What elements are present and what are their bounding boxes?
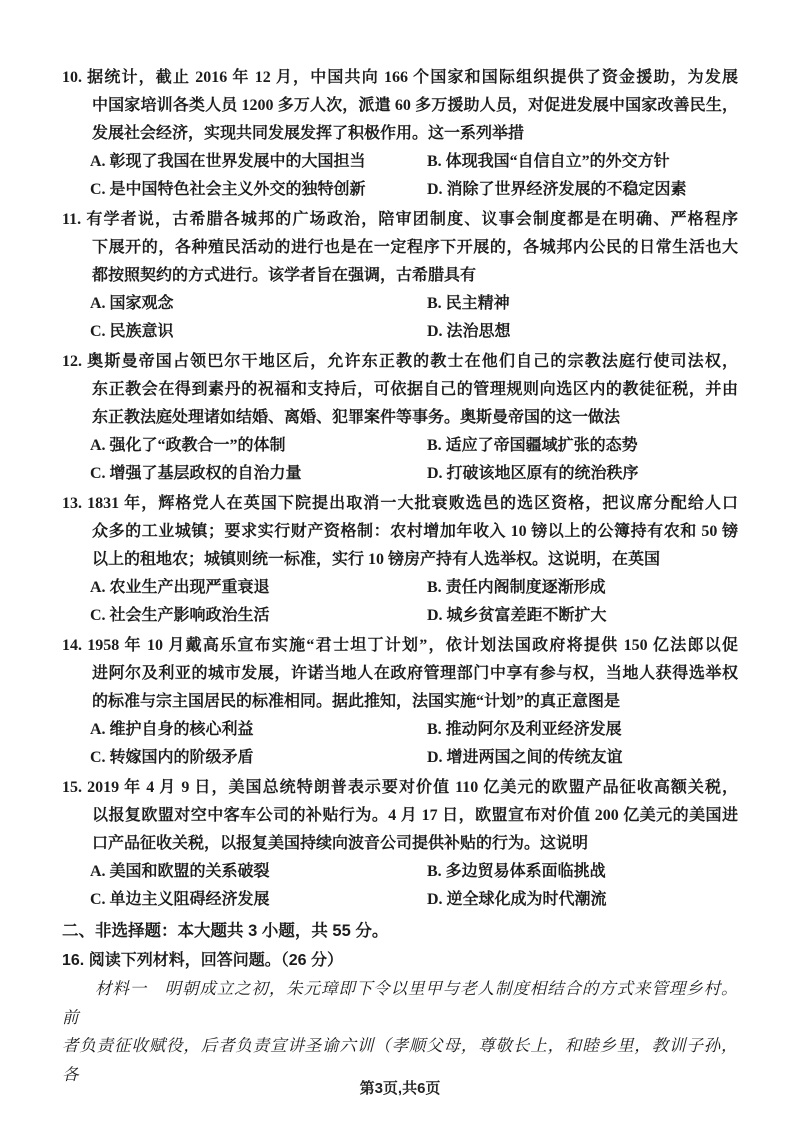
option-a: A. 农业生产出现严重衰退 [90, 574, 427, 602]
question-stem-line: 众多的工业城镇；要求实行财产资格制：农村增加年收入 10 镑以上的公簿持有农和 … [62, 518, 738, 546]
option-d: D. 城乡贫富差距不断扩大 [427, 602, 738, 630]
option-b: B. 适应了帝国疆域扩张的态势 [427, 432, 738, 460]
option-b: B. 责任内阁制度逐渐形成 [427, 574, 738, 602]
option-b: B. 体现我国“自信自立”的外交方针 [427, 148, 738, 176]
option-a: A. 彰现了我国在世界发展中的大国担当 [90, 148, 427, 176]
question-stem-line: 15. 2019 年 4 月 9 日，美国总统特朗普表示要对价值 110 亿美元… [62, 774, 738, 802]
question-stem-line: 13. 1831 年，辉格党人在英国下院提出取消一大批衰败选邑的选区资格，把议席… [62, 490, 738, 518]
question-stem-text: 1831 年，辉格党人在英国下院提出取消一大批衰败选邑的选区资格，把议席分配给人… [87, 495, 738, 512]
question-number: 16. [62, 952, 84, 969]
question-stem-line: 东正教法庭处理诸如结婚、离婚、犯罪案件等事务。奥斯曼帝国的这一做法 [62, 404, 738, 432]
question-stem-line: 12. 奥斯曼帝国占领巴尔干地区后，允许东正教的教士在他们自己的宗教法庭行使司法… [62, 348, 738, 376]
question-stem-text: 奥斯曼帝国占领巴尔干地区后，允许东正教的教士在他们自己的宗教法庭行使司法权， [87, 353, 738, 370]
option-c: C. 单边主义阻碍经济发展 [90, 886, 427, 914]
page-number-footer: 第3页,共6页 [0, 1077, 800, 1098]
option-d: D. 法治思想 [427, 318, 738, 346]
question-number: 11. [62, 211, 86, 228]
question-number: 12. [62, 353, 87, 370]
question-stem-line: 中国家培训各类人员 1200 多万人次，派遣 60 多万援助人员，对促进发展中国… [62, 92, 738, 120]
question-stem-text: 2019 年 4 月 9 日，美国总统特朗普表示要对价值 110 亿美元的欧盟产… [87, 779, 738, 796]
question-stem-line: 进阿尔及利亚的城市发展，许诺当地人在政府管理部门中享有参与权，当地人获得选举权 [62, 660, 738, 688]
question-stem-line: 以报复欧盟对空中客车公司的补贴行为。4 月 17 日，欧盟宣布对价值 200 亿… [62, 802, 738, 830]
options-grid: A. 维护自身的核心利益B. 推动阿尔及利亚经济发展C. 转嫁国内的阶级矛盾D.… [62, 716, 738, 772]
options-grid: A. 彰现了我国在世界发展中的大国担当B. 体现我国“自信自立”的外交方针C. … [62, 148, 738, 204]
question-10: 10. 据统计，截止 2016 年 12 月，中国共向 166 个国家和国际组织… [62, 64, 738, 204]
question-15: 15. 2019 年 4 月 9 日，美国总统特朗普表示要对价值 110 亿美元… [62, 774, 738, 914]
multiple-choice-section: 10. 据统计，截止 2016 年 12 月，中国共向 166 个国家和国际组织… [62, 64, 738, 914]
question-stem-line: 11. 有学者说，古希腊各城邦的广场政治，陪审团制度、议事会制度都是在明确、严格… [62, 206, 738, 234]
option-c: C. 民族意识 [90, 318, 427, 346]
material-one-paragraph: 材料一 明朝成立之初，朱元璋即下令以里甲与老人制度相结合的方式来管理乡村。前者负… [62, 975, 738, 1089]
option-a: A. 强化了“政教合一”的体制 [90, 432, 427, 460]
options-grid: A. 美国和欧盟的关系破裂B. 多边贸易体系面临挑战C. 单边主义阻碍经济发展D… [62, 858, 738, 914]
question-stem-text: 有学者说，古希腊各城邦的广场政治，陪审团制度、议事会制度都是在明确、严格程序 [86, 211, 738, 228]
options-grid: A. 强化了“政教合一”的体制B. 适应了帝国疆域扩张的态势C. 增强了基层政权… [62, 432, 738, 488]
question-13: 13. 1831 年，辉格党人在英国下院提出取消一大批衰败选邑的选区资格，把议席… [62, 490, 738, 630]
option-b: B. 民主精神 [427, 290, 738, 318]
question-stem-line: 东正教会在得到素丹的祝福和支持后，可依据自己的管理规则向选区内的教徒征税，并由 [62, 376, 738, 404]
question-stem-line: 14. 1958 年 10 月戴高乐宣布实施“君士坦丁计划”，依计划法国政府将提… [62, 632, 738, 660]
option-d: D. 逆全球化成为时代潮流 [427, 886, 738, 914]
option-a: A. 维护自身的核心利益 [90, 716, 427, 744]
question-14: 14. 1958 年 10 月戴高乐宣布实施“君士坦丁计划”，依计划法国政府将提… [62, 632, 738, 772]
material-line: 材料一 明朝成立之初，朱元璋即下令以里甲与老人制度相结合的方式来管理乡村。前 [62, 975, 738, 1032]
option-b: B. 推动阿尔及利亚经济发展 [427, 716, 738, 744]
question-number: 15. [62, 779, 87, 796]
question-stem-line: 下展开的，各种殖民活动的进行也是在一定程序下开展的，各城邦内公民的日常生活也大 [62, 234, 738, 262]
question-11: 11. 有学者说，古希腊各城邦的广场政治，陪审团制度、议事会制度都是在明确、严格… [62, 206, 738, 346]
question-number: 13. [62, 495, 87, 512]
question-stem-line: 10. 据统计，截止 2016 年 12 月，中国共向 166 个国家和国际组织… [62, 64, 738, 92]
question-stem-text: 1958 年 10 月戴高乐宣布实施“君士坦丁计划”，依计划法国政府将提供 15… [87, 637, 738, 654]
option-c: C. 转嫁国内的阶级矛盾 [90, 744, 427, 772]
question-number: 14. [62, 637, 87, 654]
option-c: C. 增强了基层政权的自治力量 [90, 460, 427, 488]
option-c: C. 社会生产影响政治生活 [90, 602, 427, 630]
section-2-header: 二、非选择题：本大题共 3 小题，共 55 分。 [62, 917, 738, 946]
options-grid: A. 农业生产出现严重衰退B. 责任内阁制度逐渐形成C. 社会生产影响政治生活D… [62, 574, 738, 630]
option-c: C. 是中国特色社会主义外交的独特创新 [90, 176, 427, 204]
question-stem-line: 都按照契约的方式进行。该学者旨在强调，古希腊具有 [62, 262, 738, 290]
question-12: 12. 奥斯曼帝国占领巴尔干地区后，允许东正教的教士在他们自己的宗教法庭行使司法… [62, 348, 738, 488]
exam-paper-page: 10. 据统计，截止 2016 年 12 月，中国共向 166 个国家和国际组织… [0, 0, 800, 1131]
option-d: D. 打破该地区原有的统治秩序 [427, 460, 738, 488]
question-number: 10. [62, 69, 87, 86]
question-16-title: 16. 阅读下列材料，回答问题。（26 分） [62, 946, 738, 975]
option-a: A. 国家观念 [90, 290, 427, 318]
question-stem-line: 的标准与宗主国居民的标准相同。据此推知，法国实施“计划”的真正意图是 [62, 688, 738, 716]
options-grid: A. 国家观念B. 民主精神C. 民族意识D. 法治思想 [62, 290, 738, 346]
question-stem-line: 发展社会经济，实现共同发展发挥了积极作用。这一系列举措 [62, 120, 738, 148]
option-a: A. 美国和欧盟的关系破裂 [90, 858, 427, 886]
option-d: D. 消除了世界经济发展的不稳定因素 [427, 176, 738, 204]
question-stem-line: 以上的租地农；城镇则统一标准，实行 10 镑房产持有人选举权。这说明，在英国 [62, 546, 738, 574]
question-stem-line: 口产品征收关税，以报复美国持续向波音公司提供补贴的行为。这说明 [62, 830, 738, 858]
question-stem-text: 据统计，截止 2016 年 12 月，中国共向 166 个国家和国际组织提供了资… [87, 69, 738, 86]
option-b: B. 多边贸易体系面临挑战 [427, 858, 738, 886]
question-16-title-text: 阅读下列材料，回答问题。（26 分） [89, 952, 343, 969]
option-d: D. 增进两国之间的传统友谊 [427, 744, 738, 772]
